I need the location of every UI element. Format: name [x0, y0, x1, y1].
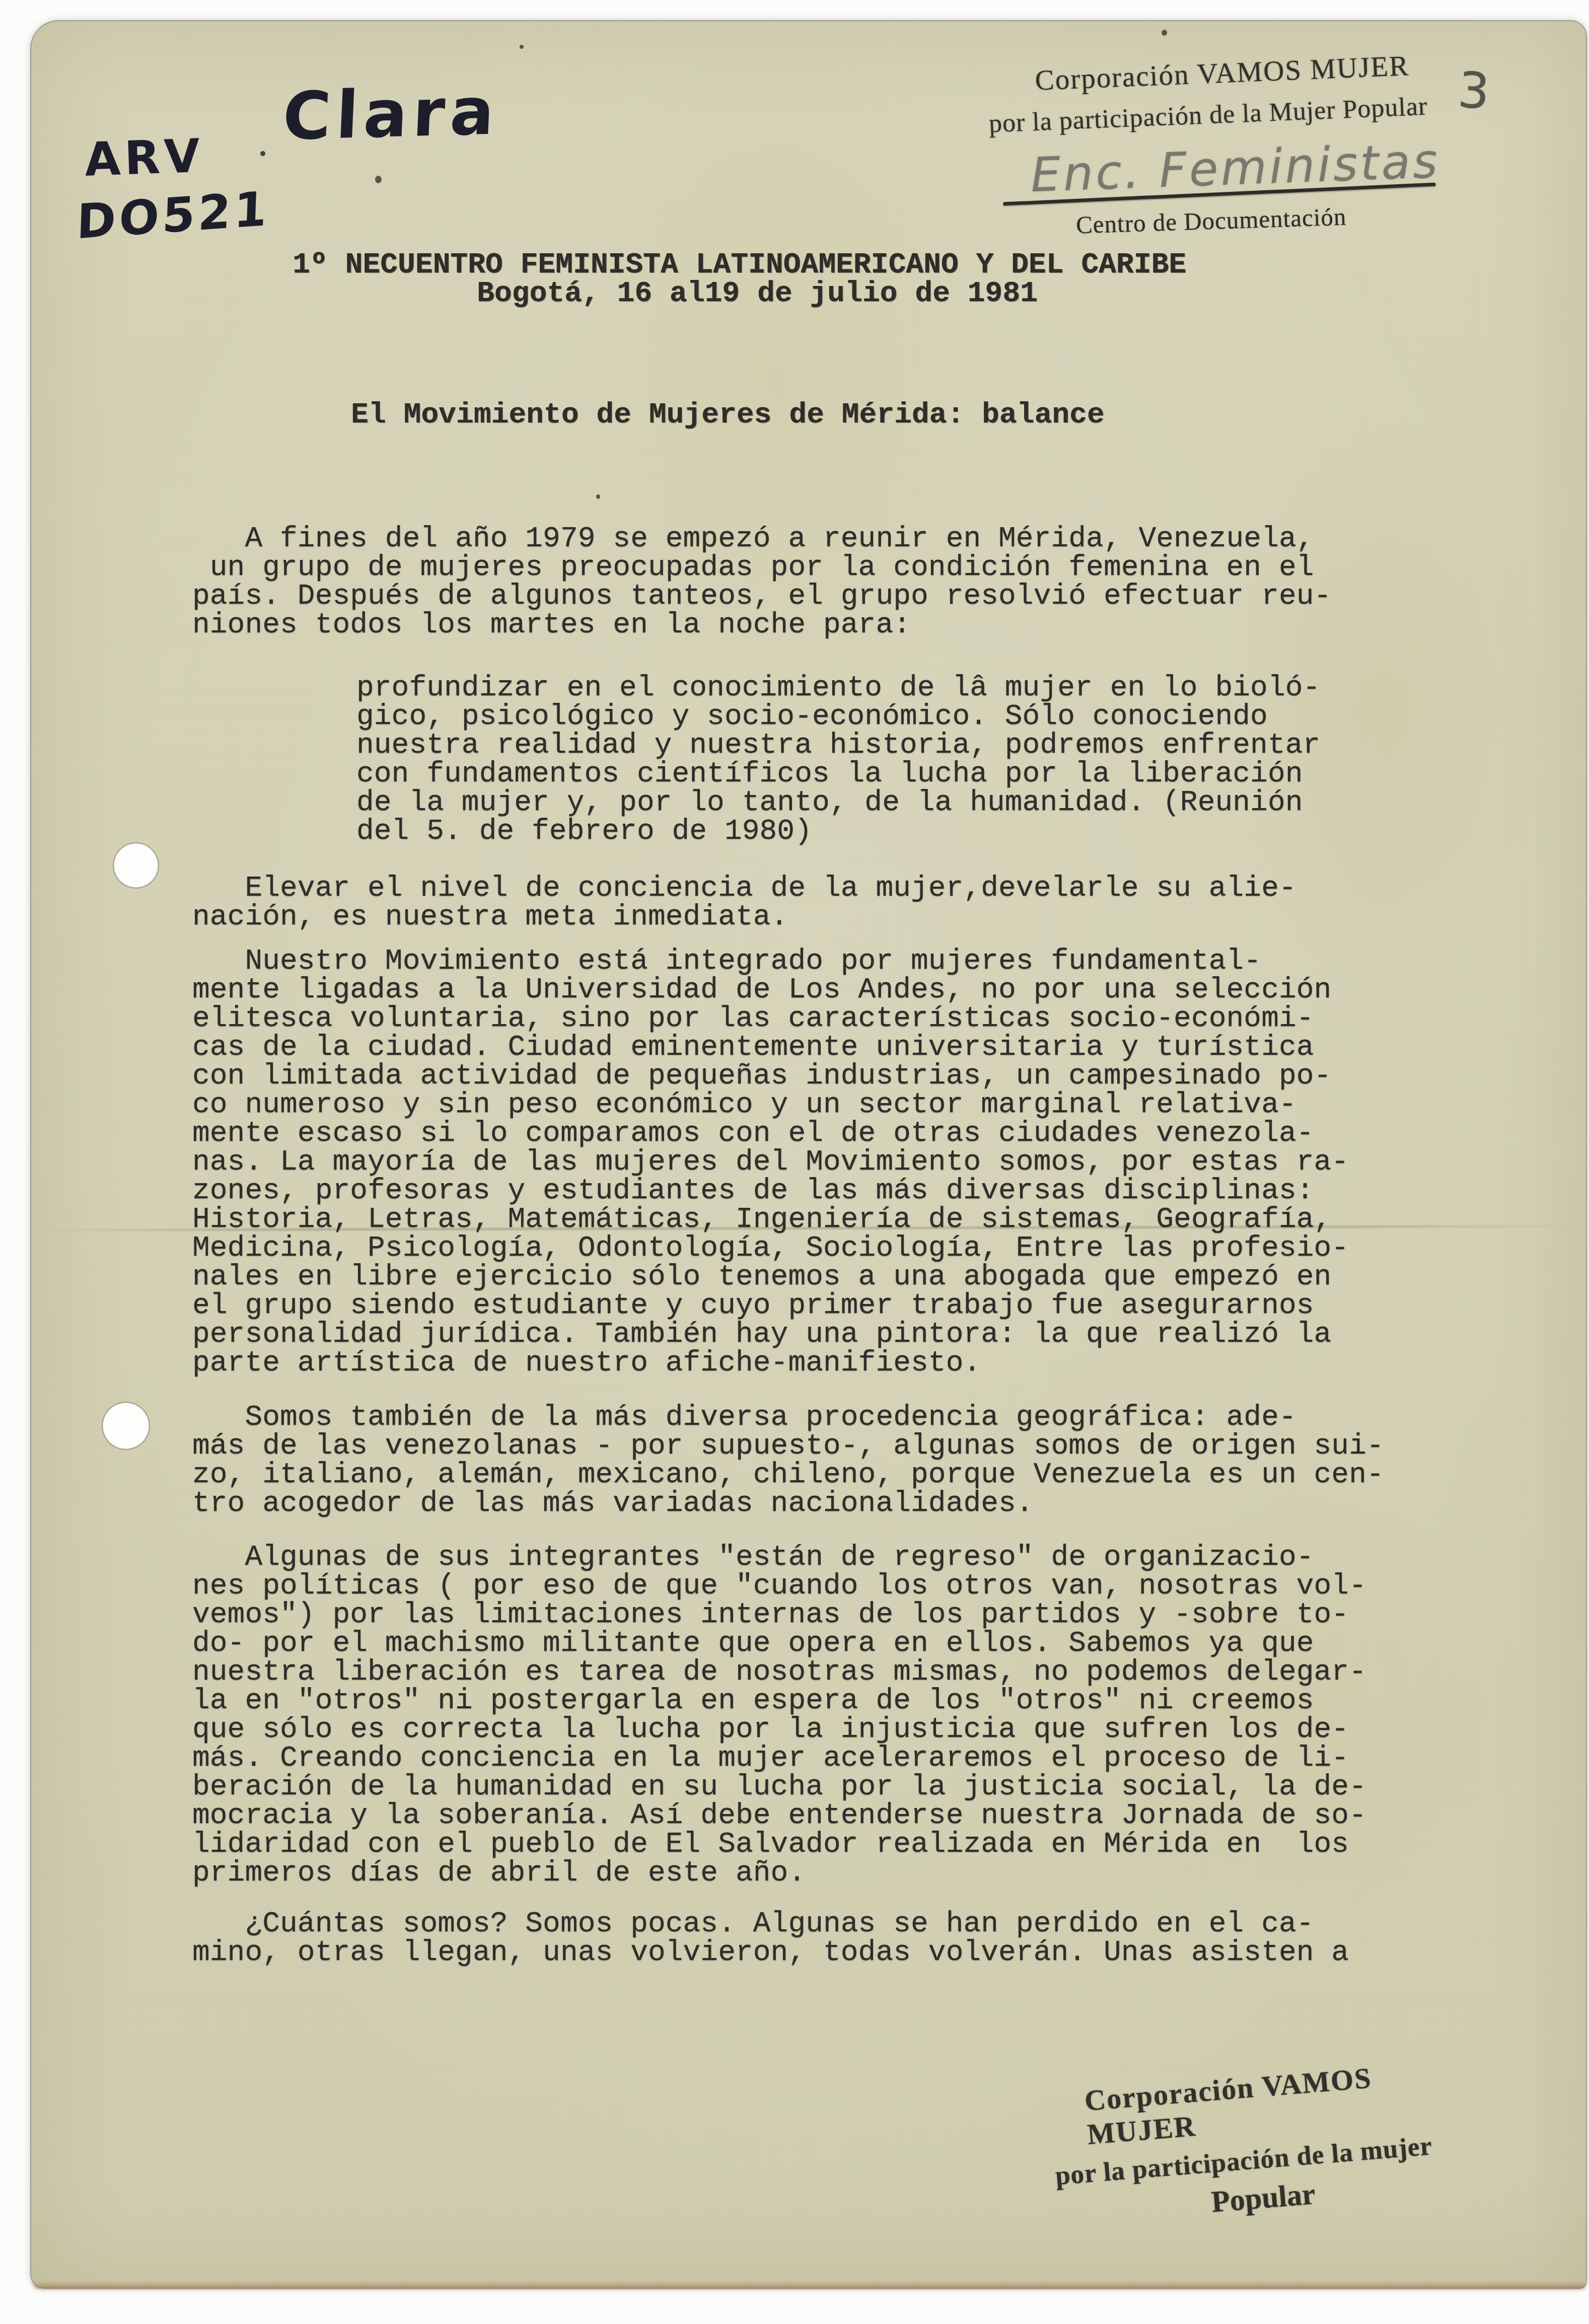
- archive-code-do521: DO521: [76, 181, 271, 250]
- typed-paragraph-1: A fines del año 1979 se empezó a reunir …: [192, 525, 1331, 639]
- doc-title-line1: 1º NECUENTRO FEMINISTA LATINOAMERICANO Y…: [293, 251, 1186, 279]
- typed-paragraph-6: ¿Cuántas somos? Somos pocas. Algunas se …: [192, 1910, 1349, 1967]
- handwritten-name: Clara: [281, 72, 501, 155]
- archive-code-arv: ARV: [84, 129, 205, 187]
- header-stamp: Corporación VAMOS MUJER por la participa…: [987, 46, 1483, 138]
- ink-speck: [596, 494, 600, 499]
- hole-punch-bottom: [103, 1403, 149, 1449]
- ink-speck: [1162, 30, 1167, 36]
- hole-punch-top: [114, 843, 158, 888]
- footer-stamp: Corporación VAMOS MUJER por la participa…: [1048, 2052, 1491, 2232]
- typed-block-quote: profundizar en el conocimiento de lâ muj…: [356, 674, 1320, 846]
- doc-title-line2: Bogotá, 16 al19 de julio de 1981: [477, 279, 1038, 308]
- header-stamp-org: Corporación VAMOS MUJER: [987, 46, 1481, 99]
- ink-speck: [520, 45, 524, 49]
- ink-speck: [260, 151, 265, 156]
- scanned-paper-sheet: Clara ARV DO521 Enc. Feministas 3 Corpor…: [31, 21, 1586, 2288]
- ink-speck: [375, 176, 382, 183]
- typed-paragraph-4: Somos también de la más diversa proceden…: [192, 1403, 1384, 1518]
- doc-subtitle: El Movimiento de Mujeres de Mérida: bala…: [351, 401, 1105, 429]
- typed-paragraph-2: Elevar el nivel de conciencia de la muje…: [192, 874, 1296, 931]
- header-stamp-department: Centro de Documentación: [1075, 202, 1347, 240]
- typed-paragraph-5: Algunas de sus integrantes "están de reg…: [192, 1543, 1366, 1887]
- typed-paragraph-3: Nuestro Movimiento está integrado por mu…: [192, 947, 1349, 1377]
- header-stamp-slogan: por la participación de la Mujer Popular: [988, 89, 1483, 138]
